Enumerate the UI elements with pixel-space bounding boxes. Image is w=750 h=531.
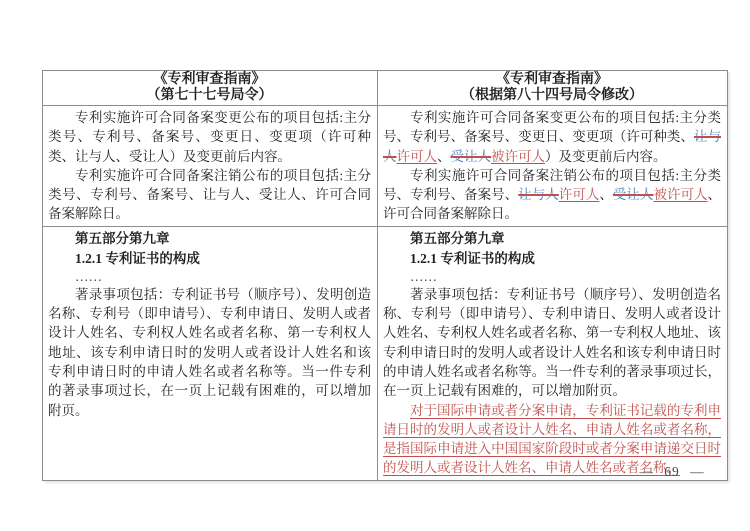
old-section-heading: 1.2.1 专利证书的构成 — [48, 249, 371, 269]
paragraph-text: 、 — [599, 187, 613, 202]
paragraph-text: 专利实施许可合同备案变更公布的项目包括:主分类号、专利号、备案号、变更日、变更项… — [383, 110, 721, 144]
table-header-row: 《专利审查指南》 （第七十七号局令） 《专利审查指南》 （根据第八十四号局令修改… — [43, 71, 728, 106]
filing-row: 专利实施许可合同备案变更公布的项目包括:主分类号、专利号、备案号、变更日、变更项… — [43, 106, 728, 227]
new-filing-cell: 专利实施许可合同备案变更公布的项目包括:主分类号、专利号、备案号、变更日、变更项… — [378, 106, 728, 227]
deleted-text: 受让人 — [613, 187, 654, 202]
old-chapter-heading: 第五部分第九章 — [48, 229, 371, 249]
new-certificate-paragraph: 著录事项包括：专利证书号（顺序号）、发明创造名称、专利号（即申请号）、专利申请日… — [383, 285, 721, 401]
old-filing-cell: 专利实施许可合同备案变更公布的项目包括:主分类号、专利号、备案号、变更日、变更项… — [43, 106, 378, 227]
old-certificate-cell: 第五部分第九章 1.2.1 专利证书的构成 …… 著录事项包括：专利证书号（顺序… — [43, 226, 378, 480]
deleted-text: 让与人 — [518, 187, 559, 202]
certificate-row: 第五部分第九章 1.2.1 专利证书的构成 …… 著录事项包括：专利证书号（顺序… — [43, 226, 728, 480]
omitted-text-ellipsis: …… — [383, 269, 721, 285]
paragraph-text: 、 — [437, 149, 451, 164]
deleted-text: 受让人 — [451, 149, 492, 164]
inserted-text: 许可人 — [397, 149, 438, 164]
page-number: — 69 — — [612, 464, 732, 480]
paragraph-text: ）及变更前后内容。 — [545, 149, 667, 164]
new-filing-paragraph-1: 专利实施许可合同备案变更公布的项目包括:主分类号、专利号、备案号、变更日、变更项… — [383, 108, 721, 166]
new-chapter-heading: 第五部分第九章 — [383, 229, 721, 249]
header-old-version: 《专利审查指南》 （第七十七号局令） — [43, 71, 378, 106]
old-certificate-paragraph: 著录事项包括：专利证书号（顺序号）、发明创造名称、专利号（即申请号）、专利申请日… — [48, 285, 371, 420]
inserted-text: 被许可人 — [491, 149, 545, 164]
old-version-title: 《专利审查指南》 — [48, 72, 371, 88]
new-section-heading: 1.2.1 专利证书的构成 — [383, 249, 721, 269]
inserted-text: 许可人 — [559, 187, 600, 202]
old-filing-paragraph-2: 专利实施许可合同备案注销公布的项目包括:主分类号、专利号、备案号、让与人、受让人… — [48, 166, 371, 224]
new-certificate-cell: 第五部分第九章 1.2.1 专利证书的构成 …… 著录事项包括：专利证书号（顺序… — [378, 226, 728, 480]
document-page: 《专利审查指南》 （第七十七号局令） 《专利审查指南》 （根据第八十四号局令修改… — [0, 0, 750, 531]
omitted-text-ellipsis: …… — [48, 269, 371, 285]
header-new-version: 《专利审查指南》 （根据第八十四号局令修改） — [378, 71, 728, 106]
new-version-title: 《专利审查指南》 — [383, 72, 721, 88]
old-filing-paragraph-1: 专利实施许可合同备案变更公布的项目包括:主分类号、专利号、备案号、变更日、变更项… — [48, 108, 371, 166]
new-version-decree: （根据第八十四号局令修改） — [383, 88, 721, 104]
old-version-decree: （第七十七号局令） — [48, 88, 371, 104]
comparison-table: 《专利审查指南》 （第七十七号局令） 《专利审查指南》 （根据第八十四号局令修改… — [42, 70, 728, 481]
inserted-text: 被许可人 — [653, 187, 707, 202]
new-filing-paragraph-2: 专利实施许可合同备案注销公布的项目包括:主分类号、专利号、备案号、让与人许可人、… — [383, 166, 721, 224]
